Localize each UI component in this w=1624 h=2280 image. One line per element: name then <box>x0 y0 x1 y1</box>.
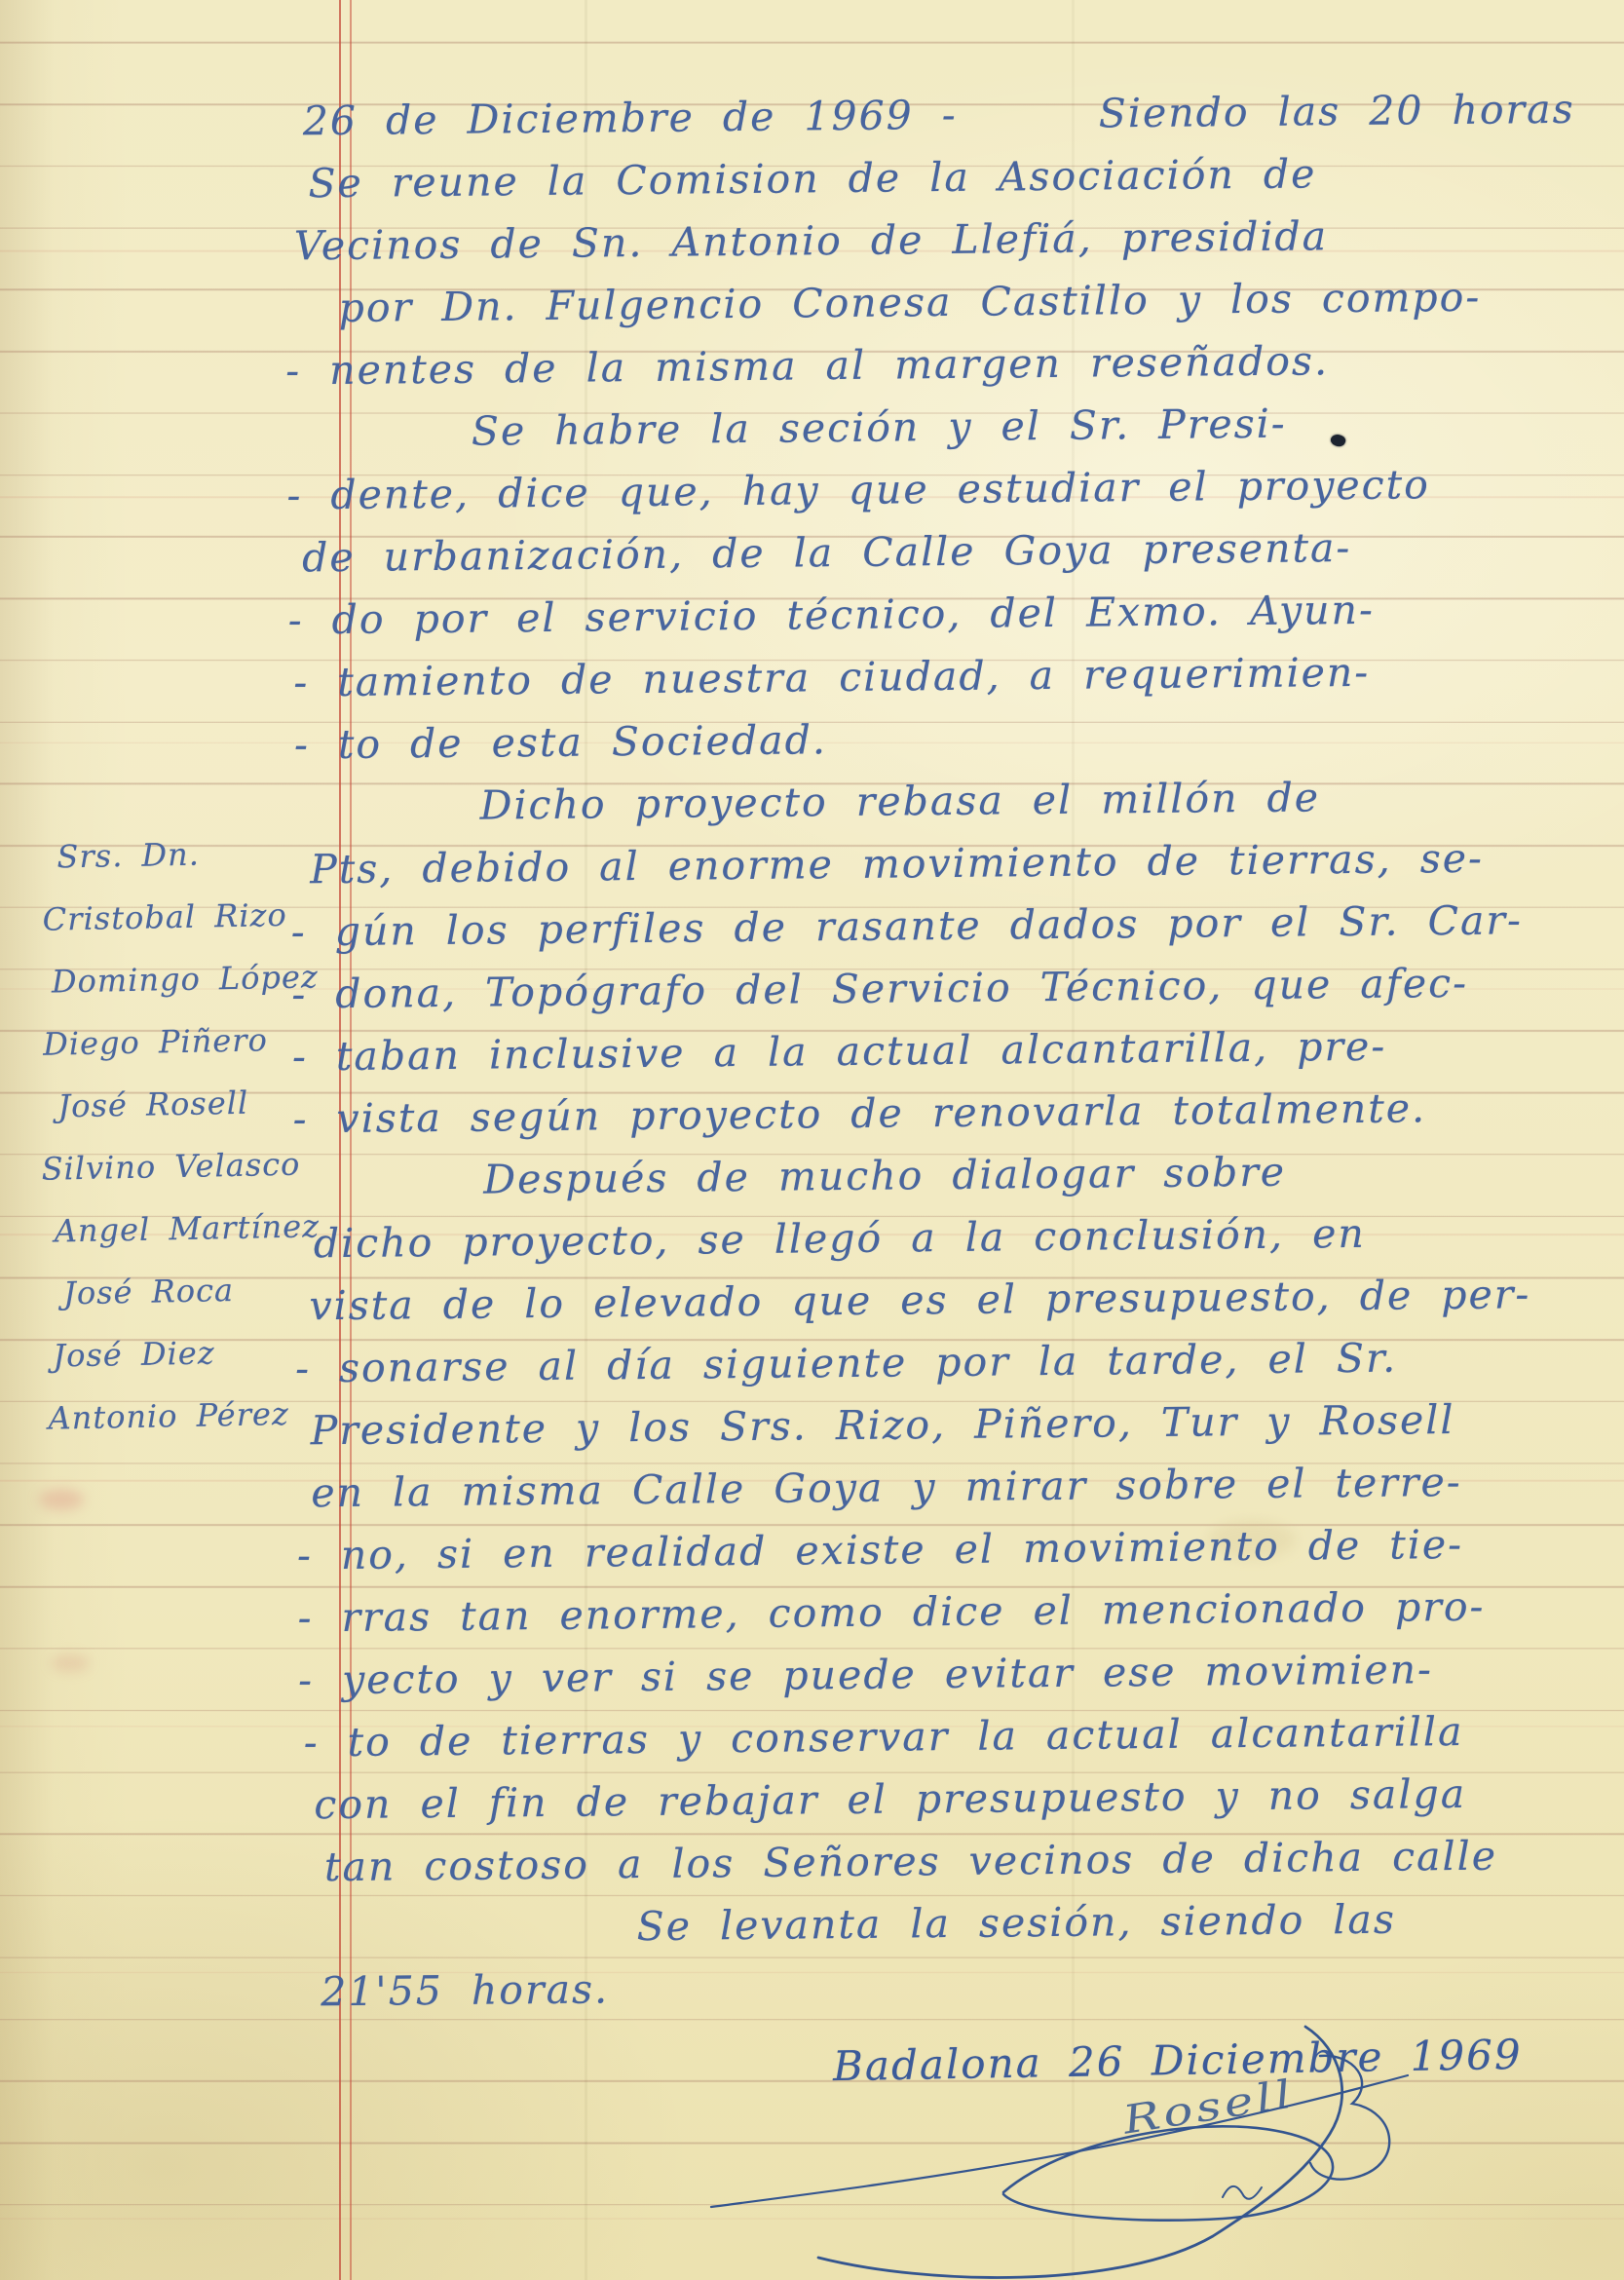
manuscript-line: 26 de Diciembre de 1969 - Siendo las 20 … <box>283 78 1595 153</box>
paper-stain <box>51 1654 90 1672</box>
attendee-name: Cristobal Rizo <box>30 884 323 952</box>
attendee-name: José Diez <box>39 1320 332 1388</box>
manuscript-line: por Dn. Fulgencio Conesa Castillo y los … <box>284 265 1596 340</box>
manuscript-line: - dona, Topógrafo del Servicio Técnico, … <box>291 951 1603 1026</box>
attendee-name: José Roca <box>37 1258 330 1326</box>
manuscript-body: 26 de Diciembre de 1969 - Siendo las 20 … <box>283 78 1612 2024</box>
attendee-name: Antonio Pérez <box>40 1383 333 1451</box>
attendees-heading: Srs. Dn. <box>29 821 322 890</box>
paper-stain <box>39 1489 84 1510</box>
attendee-name: Silvino Velasco <box>35 1133 328 1201</box>
manuscript-page: Srs. Dn. Cristobal Rizo Domingo López Di… <box>0 0 1624 2280</box>
manuscript-line: tan costoso a los Señores vecinos de dic… <box>300 1824 1611 1899</box>
attendee-name: José Rosell <box>34 1071 327 1139</box>
signature-strokes <box>682 2002 1452 2280</box>
attendee-name: Angel Martínez <box>36 1196 329 1264</box>
signature-flourish: Rosell <box>682 2002 1452 2280</box>
attendee-name: Diego Piñero <box>33 1008 326 1077</box>
manuscript-line: - vista según proyecto de renovarla tota… <box>292 1076 1604 1151</box>
manuscript-line: vista de lo elevado que es el presupuest… <box>294 1263 1605 1338</box>
attendee-name: Domingo López <box>31 946 324 1014</box>
manuscript-line: - dente, dice que, hay que estudiar el p… <box>286 452 1598 527</box>
attendees-margin-list: Srs. Dn. Cristobal Rizo Domingo López Di… <box>29 821 333 1451</box>
